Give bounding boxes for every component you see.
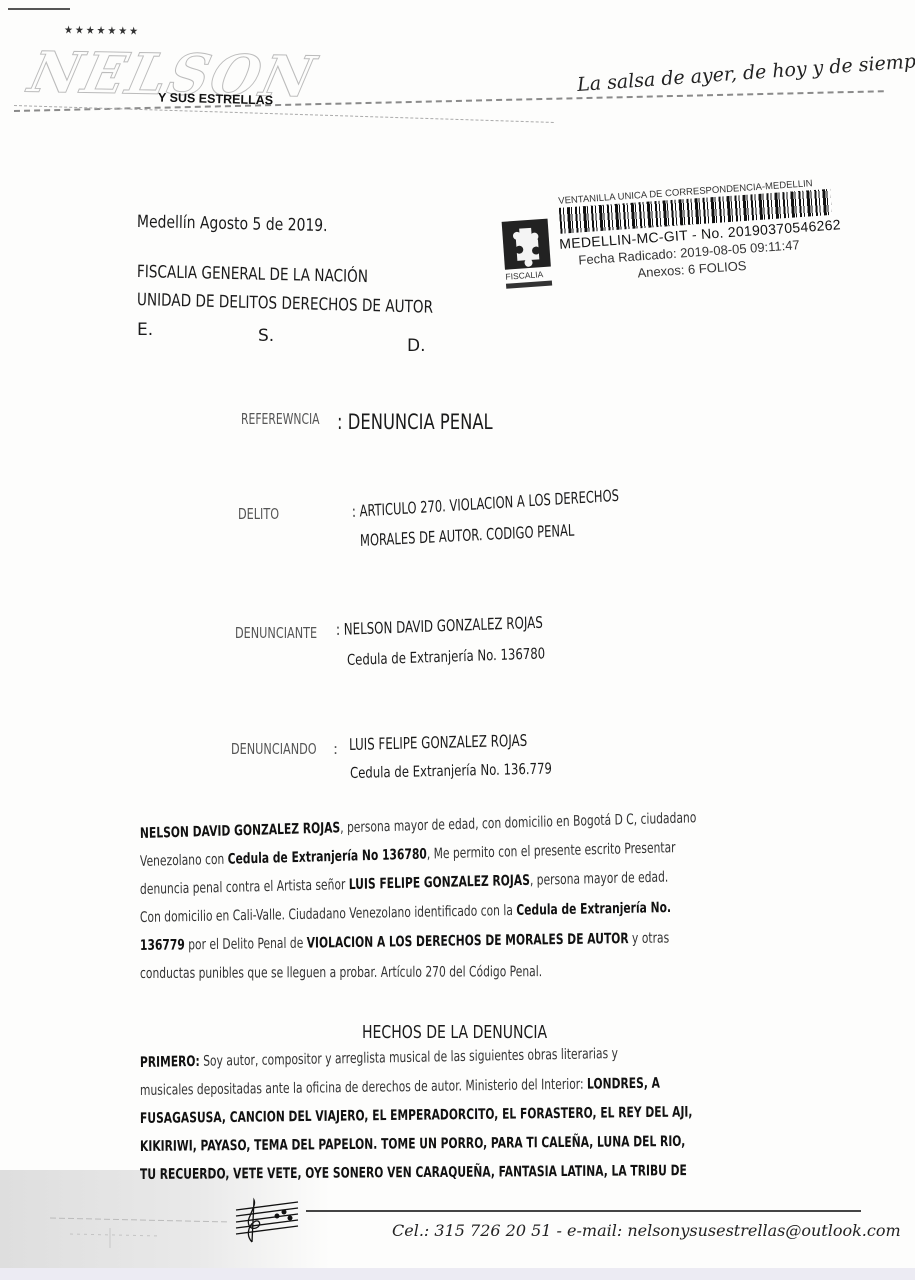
music-staff-icon xyxy=(232,1196,304,1246)
fiscalia-label: FISCALIA xyxy=(505,269,543,282)
denunciando-separator: : xyxy=(333,740,338,758)
bold-text: FUSAGASUSA, CANCION DEL VIAJERO, EL EMPE… xyxy=(140,1104,693,1127)
bold-text: Cedula de Extranjería No. xyxy=(516,900,671,919)
paragraph-line: KIKIRIWI, PAYASO, TEMA DEL PAPELON. TOME… xyxy=(140,1129,614,1161)
denunciante-name: : NELSON DAVID GONZALEZ ROJAS xyxy=(336,613,543,639)
stars-icon: ★★★★★★★ xyxy=(64,23,140,37)
document-page: ★★★★★★★ NELSON Y SUS ESTRELLAS La salsa … xyxy=(0,0,915,1268)
bold-text: Cedula de Extranjería No 136780 xyxy=(228,847,427,868)
puzzle-piece-icon xyxy=(502,219,551,270)
bold-text: PRIMERO: xyxy=(140,1054,200,1071)
paragraph-line: FUSAGASUSA, CANCION DEL VIAJERO, EL EMPE… xyxy=(140,1099,614,1133)
hechos-paragraph: PRIMERO: Soy autor, compositor y arregli… xyxy=(140,1049,780,1189)
esd-e: E. xyxy=(137,320,153,340)
denunciando-id: Cedula de Extranjería No. 136.779 xyxy=(350,759,552,782)
bold-text: TU RECUERDO, VETE VETE, OYE SONERO VEN C… xyxy=(140,1163,687,1183)
text: Venezolano con xyxy=(140,852,228,870)
date-line: Medellín Agosto 5 de 2019. xyxy=(137,212,328,236)
referencia-label: REFEREWNCIA xyxy=(241,410,320,428)
faded-watermark xyxy=(40,1208,240,1248)
fiscalia-band xyxy=(506,281,552,289)
corner-mark xyxy=(8,8,70,10)
text: Soy autor, compositor y arreglista music… xyxy=(200,1046,618,1070)
delito-label: DELITO xyxy=(238,505,279,523)
denunciando-label: DENUNCIANDO xyxy=(231,740,317,758)
footer-divider xyxy=(306,1210,861,1212)
text: Con domicilio en Cali-Valle. Ciudadano V… xyxy=(140,903,516,926)
bold-text: LONDRES, A xyxy=(587,1076,660,1093)
paragraph-line: 136779 por el Delito Penal de VIOLACION … xyxy=(140,925,614,960)
text: , Me permito con el presente escrito Pre… xyxy=(427,840,676,862)
slogan: La salsa de ayer, de hoy y de siempre xyxy=(576,49,915,96)
delito-value-line-1: : ARTICULO 270. VIOLACION A LOS DERECHOS xyxy=(352,486,619,521)
paragraph-line: conductas punibles que se lleguen a prob… xyxy=(140,958,614,988)
bold-text: LUIS FELIPE GONZALEZ ROJAS xyxy=(349,873,530,893)
text: por el Delito Penal de xyxy=(185,936,307,954)
referencia-value: : DENUNCIA PENAL xyxy=(337,410,493,434)
text: y otras xyxy=(629,931,670,948)
footer-contact: Cel.: 315 726 20 51 - e-mail: nelsonysus… xyxy=(392,1221,901,1240)
denunciante-label: DENUNCIANTE xyxy=(235,624,317,642)
reception-stamp: FISCALIA VENTANILLA UNICA DE CORRESPONDE… xyxy=(498,145,866,300)
recipient-line-2: UNIDAD DE DELITOS DERECHOS DE AUTOR xyxy=(137,290,433,318)
text: , persona mayor de edad. xyxy=(530,870,669,889)
text: , persona mayor de edad, con domicilio e… xyxy=(340,810,696,836)
esd-s: S. xyxy=(258,326,274,346)
section-title: HECHOS DE LA DENUNCIA xyxy=(362,1022,547,1043)
delito-value-line-2: MORALES DE AUTOR. CODIGO PENAL xyxy=(360,521,575,550)
bold-text: 136779 xyxy=(140,937,185,954)
bold-text: KIKIRIWI, PAYASO, TEMA DEL PAPELON. TOME… xyxy=(140,1134,685,1155)
esd-d: D. xyxy=(407,336,426,356)
bold-text: NELSON DAVID GONZALEZ ROJAS xyxy=(140,820,340,842)
intro-paragraph: NELSON DAVID GONZALEZ ROJAS, persona may… xyxy=(140,820,780,988)
recipient-line-1: FISCALIA GENERAL DE LA NACIÓN xyxy=(137,262,368,287)
fiscalia-logo: FISCALIA xyxy=(502,219,553,292)
denunciando-name: LUIS FELIPE GONZALEZ ROJAS xyxy=(349,731,527,754)
text: musicales depositadas ante la oficina de… xyxy=(140,1077,587,1099)
denunciante-id: Cedula de Extranjería No. 136780 xyxy=(347,644,546,669)
paragraph-line: TU RECUERDO, VETE VETE, OYE SONERO VEN C… xyxy=(140,1158,614,1189)
text: denuncia penal contra el Artista señor xyxy=(140,877,349,898)
text: conductas punibles que se lleguen a prob… xyxy=(140,964,542,982)
bold-text: VIOLACION A LOS DERECHOS DE MORALES DE A… xyxy=(307,931,629,952)
